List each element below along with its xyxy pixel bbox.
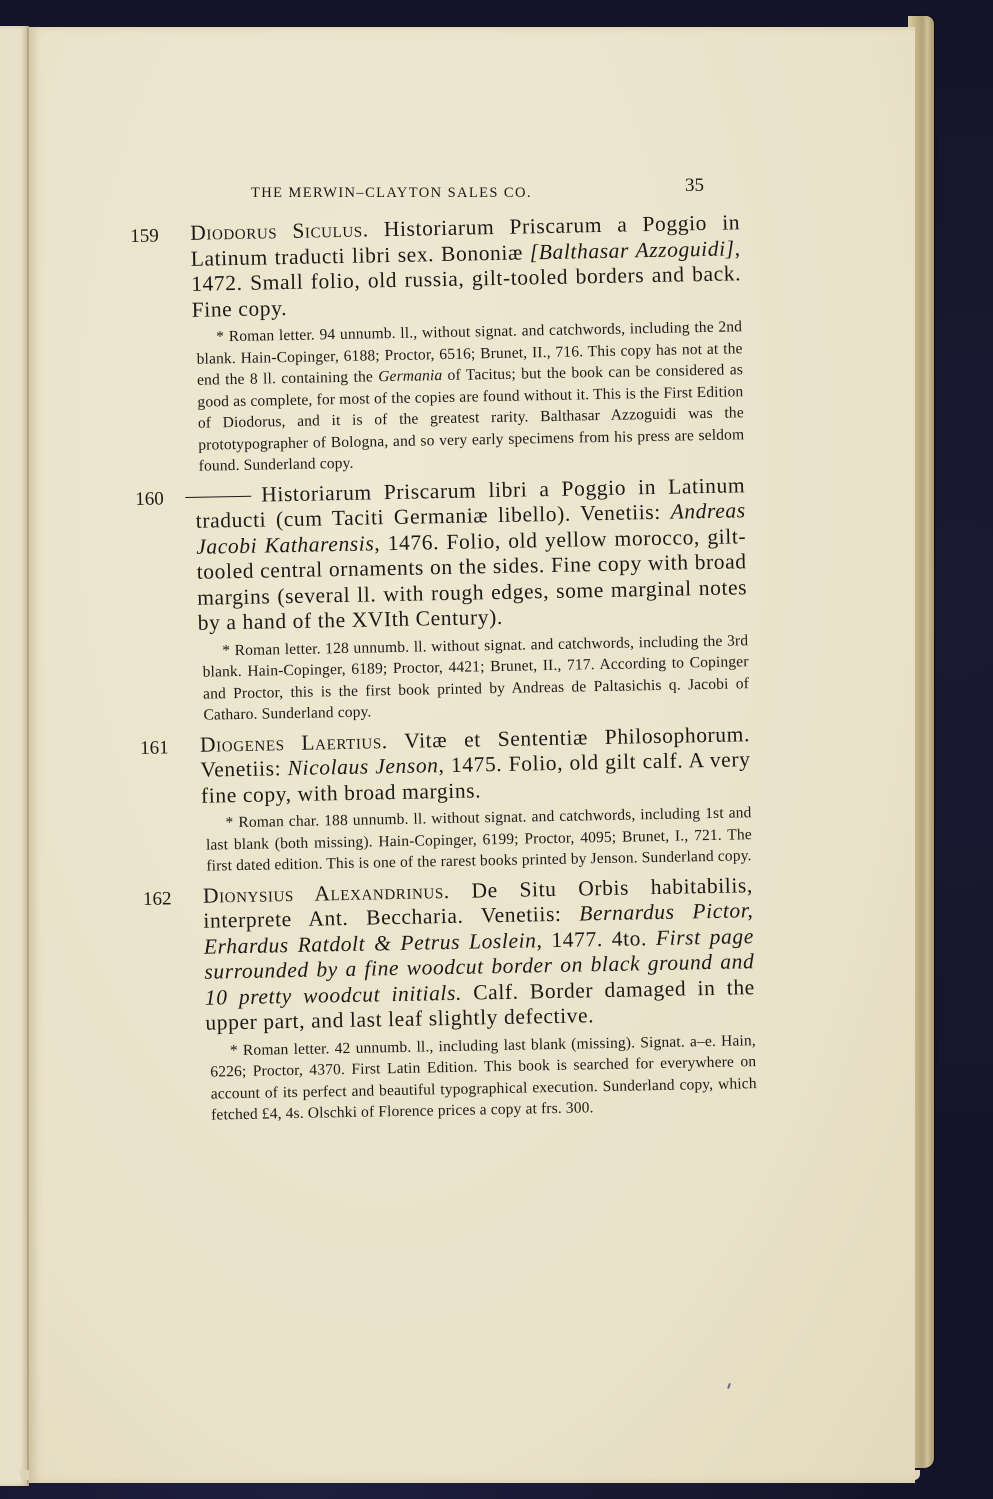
entry-author: Diodorus Siculus. xyxy=(190,217,369,244)
facing-page-edge xyxy=(0,26,29,1486)
note-text: * Roman letter. 128 unnumb. ll. without … xyxy=(202,632,749,724)
entry-heading: Historiarum Priscarum libri a Poggio in … xyxy=(195,473,748,637)
lot-number: 161 xyxy=(140,736,190,759)
entry-note: * Roman letter. 94 unnumb. ll., without … xyxy=(196,316,745,477)
catalogue-entry: 162 Dionysius Alexandrinus. De Situ Orbi… xyxy=(143,873,758,1128)
lot-number: 159 xyxy=(130,225,180,248)
running-head: THE MERWIN–CLAYTON SALES CO. xyxy=(251,185,711,202)
entry-printer: [Balthasar Azzoguidi] xyxy=(530,236,735,264)
note-text: * Roman char. 188 unnumb. ll. without si… xyxy=(206,804,752,874)
lot-number: 160 xyxy=(135,487,185,510)
entry-author: Diogenes Laertius. xyxy=(200,729,388,757)
note-text: * Roman letter. 42 unnumb. ll., includin… xyxy=(210,1032,757,1124)
catalogue-entry: 161 Diogenes Laertius. Vitæ et Sententiæ… xyxy=(140,722,753,879)
page-number: 35 xyxy=(685,175,704,197)
entry-printer: Nicolaus Jenson xyxy=(287,753,438,780)
entry-imprint-place: Bononiæ xyxy=(441,240,523,266)
entry-heading: Dionysius Alexandrinus. De Situ Orbis ha… xyxy=(203,873,756,1037)
entry-note: * Roman letter. 128 unnumb. ll. without … xyxy=(202,630,750,726)
lot-number: 162 xyxy=(143,887,193,910)
entry-note: * Roman char. 188 unnumb. ll. without si… xyxy=(205,802,752,877)
entry-imprint-place: Venetiis: xyxy=(481,902,562,928)
catalogue-entries: 159 Diodorus Siculus. Historiarum Prisca… xyxy=(130,210,757,1133)
catalogue-entry: 160 Historiarum Priscarum libri a Poggio… xyxy=(135,473,750,728)
entry-author: Dionysius Alexandrinus. xyxy=(203,878,450,907)
entry-imprint-place: Venetiis: xyxy=(200,756,281,782)
entry-year: 1472. xyxy=(191,271,243,296)
entry-description: Small folio, old russia, gilt-tooled bor… xyxy=(191,261,741,321)
note-italic: Germania xyxy=(378,367,442,385)
entry-heading: Diogenes Laertius. Vitæ et Sententiæ Phi… xyxy=(200,722,751,809)
entry-imprint-place: Venetiis: xyxy=(580,500,661,526)
entry-title: Historiarum Priscarum libri a Poggio in … xyxy=(196,473,746,533)
catalogue-entry: 159 Diodorus Siculus. Historiarum Prisca… xyxy=(130,210,745,478)
ditto-dash xyxy=(185,496,251,498)
entry-note: * Roman letter. 42 unnumb. ll., includin… xyxy=(210,1030,758,1126)
entry-heading: Diodorus Siculus. Historiarum Priscarum … xyxy=(190,210,742,323)
entry-year: , 1476. xyxy=(374,530,439,555)
entry-year: , 1475. xyxy=(438,752,502,777)
entry-year: , 1477. 4to. xyxy=(536,926,647,952)
